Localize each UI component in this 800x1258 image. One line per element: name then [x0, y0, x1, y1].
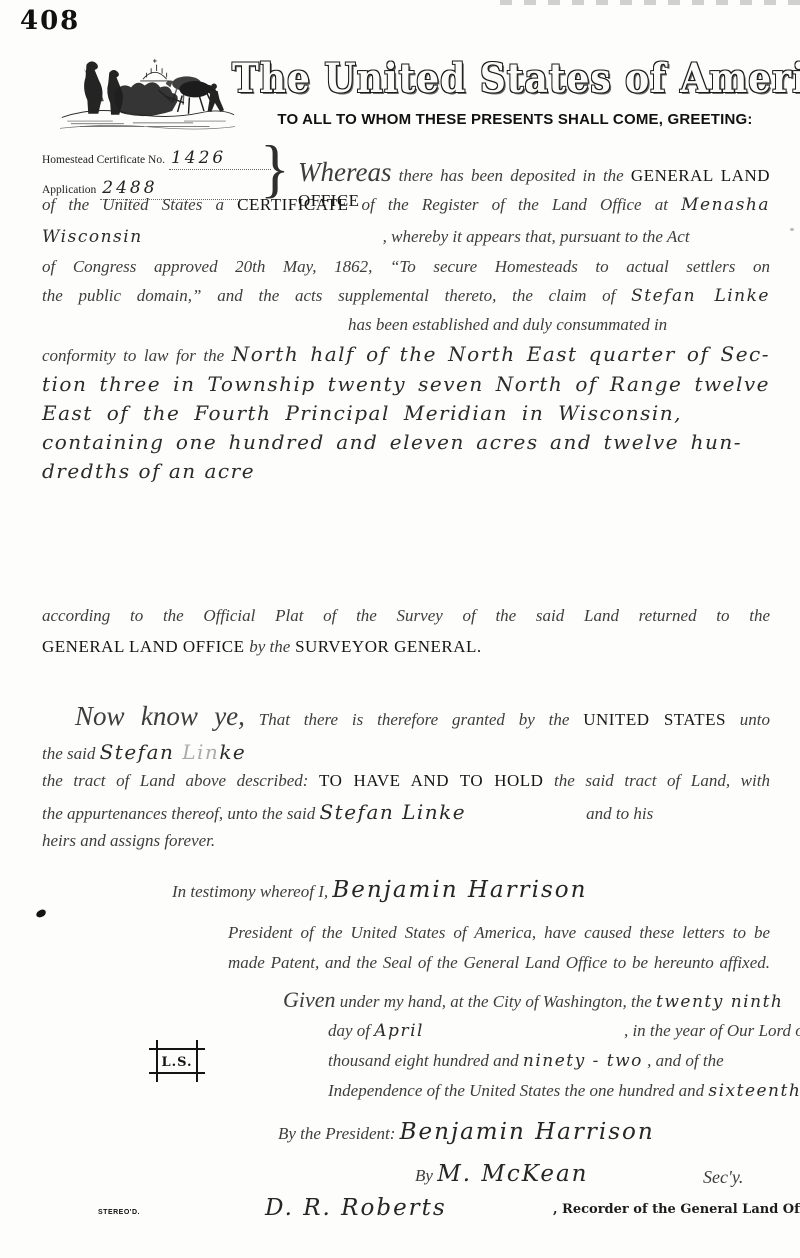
text-segment: Now know ye, [75, 701, 245, 731]
scan-speck [790, 228, 794, 231]
deposit-line-10: containing one hundred and eleven acres … [42, 430, 742, 455]
scan-artifact-top-edge [500, 0, 800, 5]
text-segment: of the United States a [42, 195, 237, 214]
text-segment: UNITED STATES [583, 710, 726, 729]
text-segment: Stefan Linke [319, 800, 466, 824]
president-signature-line: By the President: Benjamin Harrison [278, 1118, 655, 1147]
text-segment: Stefan [100, 740, 183, 764]
text-segment: Benjamin Harrison [332, 877, 587, 903]
text-segment: has been established and duly consummate… [348, 315, 667, 334]
text-segment: ninety - two [523, 1051, 643, 1071]
text-segment: President of the United States of Americ… [228, 923, 770, 942]
curly-brace: } [260, 136, 290, 201]
seal-ls-text: L.S. [161, 1055, 192, 1070]
recorder-signature-line: D. R. Roberts [265, 1194, 447, 1223]
pioneer-plowing-vignette-illustration [55, 50, 240, 132]
given-line-2: day of April, in the year of Our Lord on… [328, 1020, 800, 1042]
text-segment: made Patent, and the Seal of the General… [228, 953, 770, 972]
document-title: The United States of America, [232, 55, 798, 102]
salutation-line: TO ALL TO WHOM THESE PRESENTS SHALL COME… [232, 111, 798, 128]
grant-line-2: the said Stefan Linke [42, 740, 246, 765]
text-segment: In testimony whereof I, [172, 882, 332, 901]
text-segment: dredths of an acre [42, 459, 255, 483]
plat-line-2: GENERAL LAND OFFICE by the SURVEYOR GENE… [42, 636, 482, 657]
text-segment: , in the year of Our Lord one [624, 1021, 800, 1040]
deposit-line-5: the public domain,” and the acts supplem… [42, 285, 770, 307]
recorder-title: , Recorder of the General Land Office. [553, 1202, 800, 1218]
grant-line-4: the appurtenances thereof, unto the said… [42, 800, 653, 825]
text-segment: April [374, 1021, 424, 1041]
text-segment: Menasha [681, 195, 770, 215]
text-segment: unto [726, 710, 770, 729]
text-segment: TO HAVE AND TO HOLD [319, 771, 543, 790]
deposit-line-6: has been established and duly consummate… [348, 314, 667, 335]
plat-line-1: according to the Official Plat of the Su… [42, 605, 770, 626]
text-segment: conformity to law for the [42, 346, 232, 365]
text-segment: East of the Fourth Principal Meridian in… [42, 401, 682, 425]
text-segment: twenty ninth [656, 992, 783, 1012]
given-line-3: thousand eight hundred and ninety - two … [328, 1050, 724, 1072]
printer-mark: STEREO'D. [98, 1209, 140, 1216]
deposit-line-3: Wisconsin, whereby it appears that, purs… [42, 226, 690, 248]
text-segment: containing one hundred and eleven acres … [42, 430, 742, 454]
text-segment: Independence of the United States the on… [328, 1081, 708, 1100]
deposit-line-2: of the United States a CERTIFICATE of th… [42, 194, 770, 216]
text-segment: GENERAL LAND OFFICE [42, 637, 249, 656]
text-segment: thousand eight hundred and [328, 1051, 523, 1070]
land-patent-document: 408 [0, 0, 800, 1258]
text-segment: , and of the [643, 1051, 724, 1070]
ink-blot [35, 909, 47, 919]
deposit-line-4: of Congress approved 20th May, 1862, “To… [42, 256, 770, 277]
text-segment: by the [249, 637, 290, 656]
text-segment: M. McKean [437, 1161, 588, 1187]
text-segment: Whereas [298, 157, 391, 187]
grant-line-3: the tract of Land above described: TO HA… [42, 770, 770, 791]
testimony-line-3: made Patent, and the Seal of the General… [228, 952, 770, 973]
text-segment: CERTIFICATE [237, 195, 348, 214]
text-segment: the appurtenances thereof, unto the said [42, 804, 319, 823]
secretary-title: Sec'y. [703, 1166, 743, 1189]
text-segment: the said [42, 744, 100, 763]
text-segment: the public domain,” and the acts supplem… [42, 286, 631, 305]
testimony-line-2: President of the United States of Americ… [228, 922, 770, 943]
text-segment: day of [328, 1021, 374, 1040]
text-segment: ke [219, 740, 246, 764]
text-segment: Lin [182, 740, 219, 764]
text-segment: Wisconsin [42, 227, 143, 247]
text-segment: the tract of Land above described: [42, 771, 319, 790]
text-segment: , whereby it appears that, pursuant to t… [383, 227, 690, 246]
homestead-certificate-label: Homestead Certificate No. [42, 154, 165, 166]
text-segment: tion three in Township twenty seven Nort… [42, 372, 770, 396]
text-segment: sixteenth [708, 1081, 800, 1101]
text-segment: of Congress approved 20th May, 1862, “To… [42, 257, 770, 276]
text-segment: By [415, 1166, 437, 1185]
text-segment: SURVEYOR GENERAL. [290, 637, 481, 656]
text-segment: Benjamin Harrison [400, 1119, 655, 1145]
grant-line-5: heirs and assigns forever. [42, 830, 215, 851]
testimony-line-1: In testimony whereof I, Benjamin Harriso… [172, 876, 587, 905]
deposit-line-11: dredths of an acre [42, 459, 255, 484]
text-segment: Stefan Linke [631, 286, 770, 306]
text-segment: according to the Official Plat of the Su… [42, 606, 770, 625]
text-segment: the said tract of Land, with [543, 771, 770, 790]
grant-line-1: Now know ye, That there is therefore gra… [75, 700, 770, 734]
text-segment: Given [283, 987, 336, 1012]
text-segment: heirs and assigns forever. [42, 831, 215, 850]
homestead-certificate-number: 1426 [169, 148, 271, 170]
text-segment: By the President: [278, 1124, 400, 1143]
secretary-signature-line: By M. McKean [415, 1160, 589, 1189]
given-line-4: Independence of the United States the on… [328, 1080, 800, 1102]
deposit-line-8: tion three in Township twenty seven Nort… [42, 372, 770, 397]
text-segment: there has been deposited in the [391, 166, 630, 185]
homestead-certificate-row: Homestead Certificate No. 1426 [42, 148, 272, 170]
text-segment: and to his [586, 804, 653, 823]
text-segment: under my hand, at the City of Washington… [336, 992, 656, 1011]
text-segment: North half of the North East quarter of … [232, 342, 770, 366]
page-number: 408 [20, 6, 80, 36]
deposit-line-7: conformity to law for the North half of … [42, 342, 770, 367]
seal-ls-mark: L.S. [146, 1038, 208, 1084]
text-segment: D. R. Roberts [265, 1195, 447, 1221]
given-line-1: Given under my hand, at the City of Wash… [283, 986, 783, 1014]
deposit-line-9: East of the Fourth Principal Meridian in… [42, 401, 682, 426]
text-segment: That there is therefore granted by the [245, 710, 583, 729]
text-segment: of the Register of the Land Office at [348, 195, 681, 214]
